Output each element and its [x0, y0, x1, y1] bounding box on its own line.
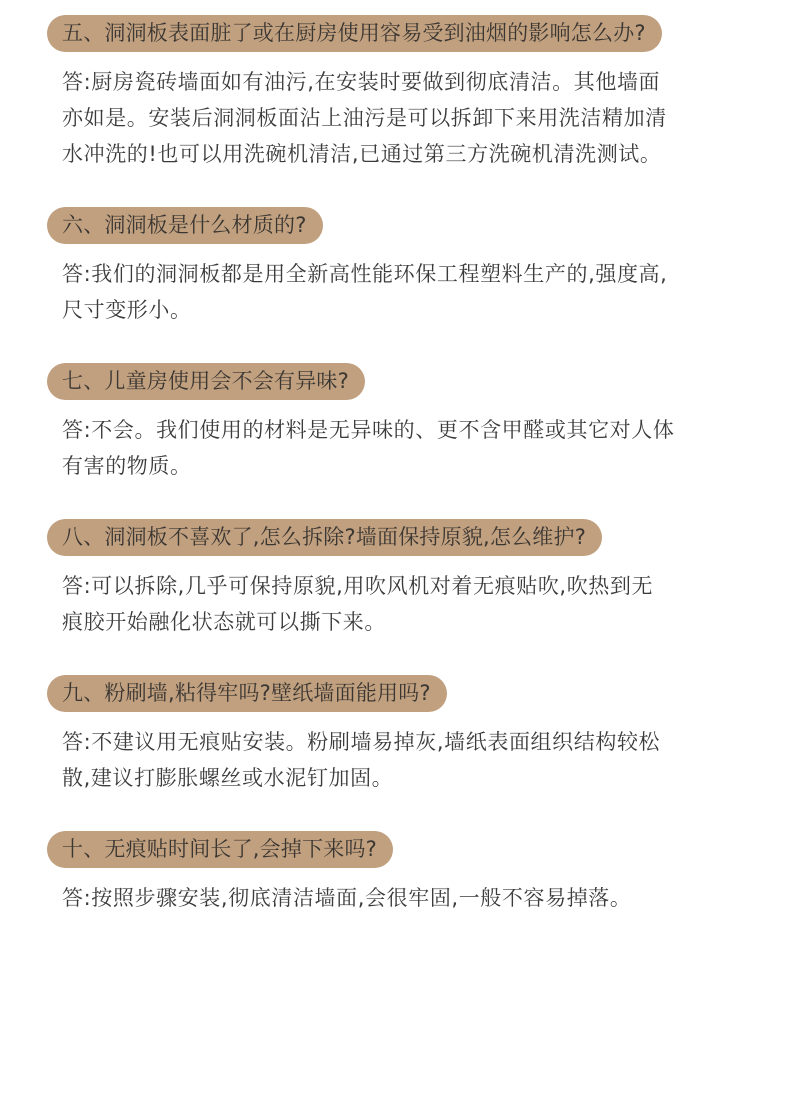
faq-answer: 答:不会。我们使用的材料是无异味的、更不含甲醛或其它对人体 有害的物质。	[62, 412, 752, 484]
answer-line: 答:不建议用无痕贴安装。粉刷墙易掉灰,墙纸表面组织结构较松	[62, 724, 752, 760]
answer-line: 散,建议打膨胀螺丝或水泥钉加固。	[62, 760, 752, 796]
faq-item-5: 五、洞洞板表面脏了或在厨房使用容易受到油烟的影响怎么办? 答:厨房瓷砖墙面如有油…	[0, 15, 790, 207]
faq-question: 八、洞洞板不喜欢了,怎么拆除?墙面保持原貌,怎么维护?	[47, 519, 602, 556]
faq-answer: 答:我们的洞洞板都是用全新高性能环保工程塑料生产的,强度高, 尺寸变形小。	[62, 256, 752, 328]
faq-question: 五、洞洞板表面脏了或在厨房使用容易受到油烟的影响怎么办?	[47, 15, 662, 52]
faq-answer: 答:不建议用无痕贴安装。粉刷墙易掉灰,墙纸表面组织结构较松 散,建议打膨胀螺丝或…	[62, 724, 752, 796]
answer-line: 尺寸变形小。	[62, 292, 752, 328]
faq-question: 九、粉刷墙,粘得牢吗?壁纸墙面能用吗?	[47, 675, 447, 712]
faq-answer: 答:厨房瓷砖墙面如有油污,在安装时要做到彻底清洁。其他墙面 亦如是。安装后洞洞板…	[62, 64, 752, 172]
faq-list: 五、洞洞板表面脏了或在厨房使用容易受到油烟的影响怎么办? 答:厨房瓷砖墙面如有油…	[0, 15, 790, 951]
answer-line: 答:按照步骤安装,彻底清洁墙面,会很牢固,一般不容易掉落。	[62, 880, 752, 916]
faq-question: 七、儿童房使用会不会有异味?	[47, 363, 365, 400]
faq-item-7: 七、儿童房使用会不会有异味? 答:不会。我们使用的材料是无异味的、更不含甲醛或其…	[0, 363, 790, 519]
answer-line: 水冲洗的!也可以用洗碗机清洁,已通过第三方洗碗机清洗测试。	[62, 136, 752, 172]
answer-line: 答:可以拆除,几乎可保持原貌,用吹风机对着无痕贴吹,吹热到无	[62, 568, 752, 604]
faq-item-9: 九、粉刷墙,粘得牢吗?壁纸墙面能用吗? 答:不建议用无痕贴安装。粉刷墙易掉灰,墙…	[0, 675, 790, 831]
faq-item-6: 六、洞洞板是什么材质的? 答:我们的洞洞板都是用全新高性能环保工程塑料生产的,强…	[0, 207, 790, 363]
faq-answer: 答:按照步骤安装,彻底清洁墙面,会很牢固,一般不容易掉落。	[62, 880, 752, 916]
faq-question: 十、无痕贴时间长了,会掉下来吗?	[47, 831, 393, 868]
faq-answer: 答:可以拆除,几乎可保持原貌,用吹风机对着无痕贴吹,吹热到无 痕胶开始融化状态就…	[62, 568, 752, 640]
answer-line: 答:不会。我们使用的材料是无异味的、更不含甲醛或其它对人体	[62, 412, 752, 448]
faq-item-10: 十、无痕贴时间长了,会掉下来吗? 答:按照步骤安装,彻底清洁墙面,会很牢固,一般…	[0, 831, 790, 951]
faq-question: 六、洞洞板是什么材质的?	[47, 207, 323, 244]
answer-line: 答:我们的洞洞板都是用全新高性能环保工程塑料生产的,强度高,	[62, 256, 752, 292]
answer-line: 亦如是。安装后洞洞板面沾上油污是可以拆卸下来用洗洁精加清	[62, 100, 752, 136]
faq-item-8: 八、洞洞板不喜欢了,怎么拆除?墙面保持原貌,怎么维护? 答:可以拆除,几乎可保持…	[0, 519, 790, 675]
answer-line: 有害的物质。	[62, 448, 752, 484]
answer-line: 答:厨房瓷砖墙面如有油污,在安装时要做到彻底清洁。其他墙面	[62, 64, 752, 100]
answer-line: 痕胶开始融化状态就可以撕下来。	[62, 604, 752, 640]
